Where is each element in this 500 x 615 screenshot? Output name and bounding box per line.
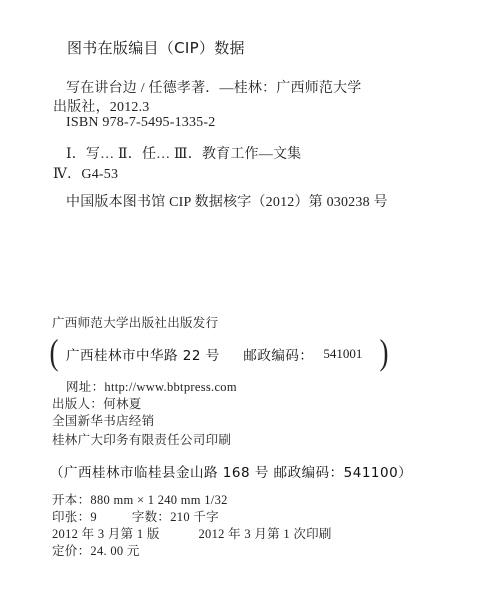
spec-sheets: 印张：9 <box>52 510 97 524</box>
cip-subjects-line-2: Ⅳ．G4-53 <box>53 163 118 183</box>
spec-edition-printing: 2012 年 3 月第 1 版 2012 年 3 月第 1 次印刷 <box>52 524 332 542</box>
publisher-address: 广西桂林市中华路 22 号 邮政编码： <box>66 344 313 364</box>
spec-format: 开本：880 mm × 1 240 mm 1/32 <box>52 490 228 508</box>
cip-title: 图书在版编目（CIP）数据 <box>67 37 245 58</box>
publisher-postcode-label: 邮政编码： <box>243 348 313 364</box>
printer: 桂林广大印务有限责任公司印刷 <box>52 430 231 448</box>
distributor: 全国新华书店经销 <box>52 411 154 429</box>
cip-entry-line-2: 出版社，2012.3 <box>53 96 150 116</box>
publisher-street: 广西桂林市中华路 22 号 <box>66 348 220 364</box>
publisher-website: 网址：http://www.bbtpress.com <box>66 377 237 395</box>
publisher-issuer: 广西师范大学出版社出版发行 <box>52 313 218 331</box>
spec-sheets-wordcount: 印张：9 字数：210 千字 <box>52 507 219 525</box>
spec-word-count: 字数：210 千字 <box>132 510 219 524</box>
cip-isbn: ISBN 978-7-5495-1335-2 <box>66 115 215 131</box>
cip-subjects-line-1: Ⅰ．写… Ⅱ．任… Ⅲ．教育工作—文集 <box>66 143 301 163</box>
publisher-postcode: 541001 <box>323 346 362 362</box>
spec-price: 定价：24. 00 元 <box>52 541 140 559</box>
spec-edition: 2012 年 3 月第 1 版 <box>52 527 160 541</box>
left-parenthesis: ( <box>50 334 59 370</box>
publisher-person: 出版人：何林夏 <box>52 394 142 412</box>
publisher-address-block: ( 广西桂林市中华路 22 号 邮政编码： 541001 ) <box>48 334 390 374</box>
cip-record-number: 中国版本图书馆 CIP 数据核字（2012）第 030238 号 <box>66 191 388 211</box>
right-parenthesis: ) <box>380 334 389 370</box>
cip-entry-line-1: 写在讲台边 / 任德孝著．—桂林：广西师范大学 <box>66 77 362 97</box>
spec-printing: 2012 年 3 月第 1 次印刷 <box>199 527 332 541</box>
printer-address: （广西桂林市临桂县金山路 168 号 邮政编码：541100） <box>50 461 412 481</box>
